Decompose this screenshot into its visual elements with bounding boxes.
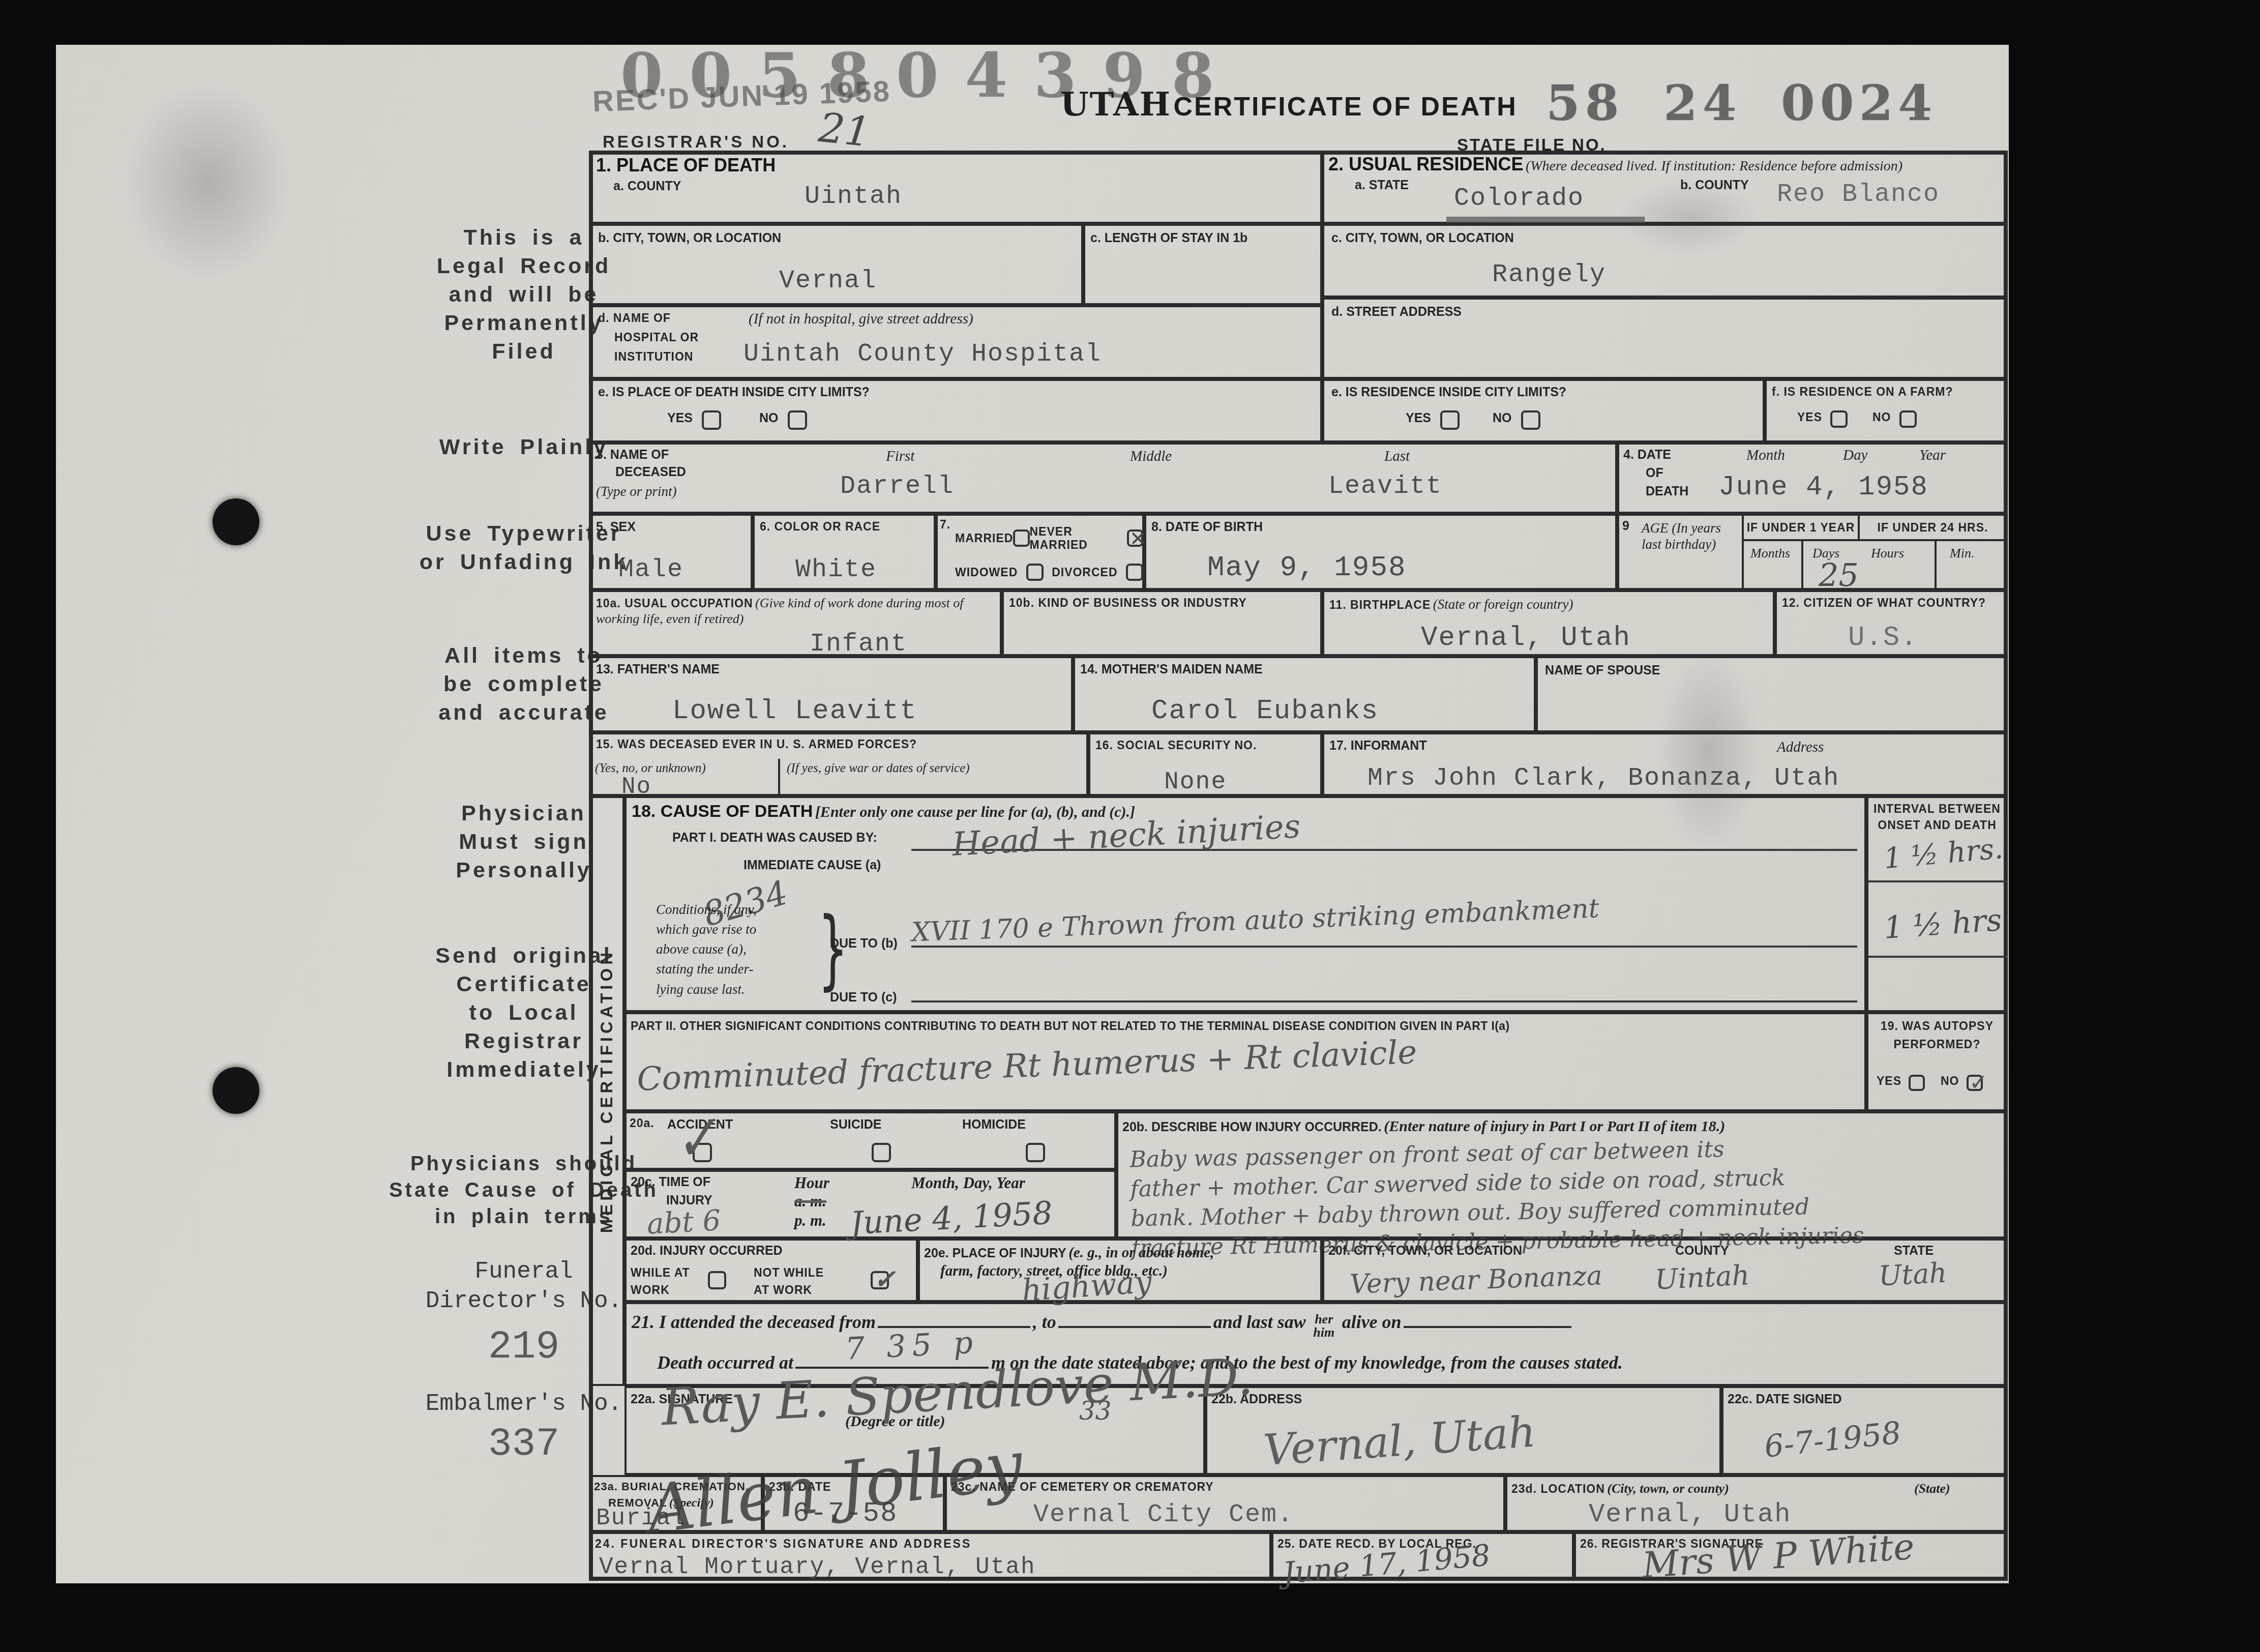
label-2e: e. IS RESIDENCE INSIDE CITY LIMITS? — [1331, 385, 1566, 399]
label-1b: b. CITY, TOWN, OR LOCATION — [598, 231, 781, 245]
yes-label: YES — [1797, 410, 1822, 424]
col-day: Day — [1843, 447, 1867, 464]
field-12-citizen: 12. CITIZEN OF WHAT COUNTRY? U.S. — [1775, 590, 2008, 656]
field-13-fathers-name: 13. FATHER'S NAME Lowell Leavitt — [589, 656, 1073, 732]
no-label: NO — [1872, 410, 1891, 424]
field-7-marital-status: 7. MARRIED NEVER MARRIED ✕ WIDOWED DIVOR… — [936, 514, 1144, 590]
field-20f-city-county-state: 20f. CITY, TOWN, OR LOCATION COUNTY STAT… — [1322, 1238, 2008, 1302]
field-10b-industry: 10b. KIND OF BUSINESS OR INDUSTRY — [1002, 590, 1322, 656]
col-month: Month — [1746, 447, 1785, 464]
yes-checkbox — [1909, 1075, 1925, 1091]
yes-checkbox — [1830, 410, 1848, 428]
value-14-mother: Carol Eubanks — [1151, 698, 1379, 725]
blank-to — [1058, 1318, 1211, 1328]
value-2a-state: Colorado — [1454, 186, 1584, 212]
field-10a-occupation: 10a. USUAL OCCUPATION (Give kind of work… — [589, 590, 1002, 656]
field-1b-city: b. CITY, TOWN, OR LOCATION Vernal — [589, 224, 1083, 305]
field-15-armed-forces: 15. WAS DECEASED EVER IN U. S. ARMED FOR… — [589, 732, 1088, 796]
homicide-checkbox — [1026, 1143, 1045, 1162]
title-utah: UTAH — [1060, 85, 1171, 124]
field-8-date-of-birth: 8. DATE OF BIRTH May 9, 1958 — [1144, 514, 1617, 590]
label-20f: 20f. CITY, TOWN, OR LOCATION — [1328, 1244, 1522, 1258]
label: IF UNDER 24 HRS. — [1878, 521, 1988, 534]
value-3-first: Darrell — [840, 474, 954, 499]
certificate-title: UTAH CERTIFICATE OF DEATH — [1060, 85, 1518, 124]
her: her — [1313, 1313, 1334, 1326]
value-12-citizen: U.S. — [1848, 625, 1918, 652]
field-22b-address: 22b. ADDRESS Vernal, Utah — [1205, 1386, 1721, 1475]
widowed-label: WIDOWED — [955, 566, 1018, 579]
value-20c-date: June 4, 1958 — [850, 1197, 1053, 1240]
field-22c-date-signed: 22c. DATE SIGNED 6-7-1958 — [1721, 1386, 2008, 1475]
label-3: DECEASED — [615, 465, 686, 479]
label-12: 12. CITIZEN OF WHAT COUNTRY? — [1782, 596, 2001, 609]
yes-label: YES — [1877, 1074, 1901, 1087]
field-2e-city-limits: e. IS RESIDENCE INSIDE CITY LIMITS? YES … — [1322, 379, 1765, 442]
not-while-at-work-label: NOT WHILE — [754, 1266, 824, 1279]
suicide-label: SUICIDE — [830, 1117, 881, 1132]
min-label: Min. — [1950, 545, 1974, 561]
certificate-paper: This is a Legal Record and will be Perma… — [56, 45, 2009, 1583]
part1-label: PART I. DEATH WAS CAUSED BY: — [672, 831, 877, 845]
divorced-checkbox — [1126, 564, 1143, 581]
value-10a-occupation: Infant — [810, 632, 907, 657]
label-20d: 20d. INJURY OCCURRED — [631, 1244, 783, 1258]
label-4: 4. DATE — [1623, 448, 1671, 462]
homicide-label: HOMICIDE — [962, 1117, 1026, 1132]
her-him-stack: her him — [1313, 1313, 1334, 1339]
label-4: DEATH — [1646, 484, 1688, 498]
field-18-cause-of-death: 18. CAUSE OF DEATH [Enter only one cause… — [625, 796, 1866, 1012]
hole-punch — [213, 498, 259, 545]
check-mark: ✓ — [1969, 1070, 1988, 1096]
label-6: 6. COLOR OR RACE — [760, 520, 880, 533]
col-year: Year — [1919, 447, 1946, 464]
value-20f-county: Uintah — [1654, 1261, 1750, 1294]
note-20b: (Enter nature of injury in Part I or Par… — [1384, 1118, 1725, 1135]
no-checkbox — [788, 410, 807, 430]
line: stating the under- — [656, 959, 814, 979]
yes-checkbox — [1440, 410, 1460, 430]
label-5: 5. SEX — [596, 520, 636, 534]
value-3-last: Leavitt — [1328, 474, 1442, 499]
state-file-no-value: 58 24 0024 — [1546, 74, 1937, 132]
value-17-informant: Mrs John Clark, Bonanza, Utah — [1367, 766, 1839, 791]
value-21-time: 7 35 p — [845, 1327, 980, 1365]
label-13: 13. FATHER'S NAME — [596, 662, 720, 676]
field-20c-time-of-injury: 20c. TIME OF INJURY Hour a. m. p. m. Mon… — [625, 1170, 1116, 1238]
value-6-race: White — [795, 557, 877, 583]
value-2b-county: Reo Blanco — [1777, 182, 1940, 208]
label-2f: f. IS RESIDENCE ON A FARM? — [1772, 385, 1953, 398]
field-20a-accident: 20a. ACCIDENT SUICIDE HOMICIDE ✓ — [625, 1111, 1116, 1170]
field-20e-place-of-injury: 20e. PLACE OF INJURY (e. g., in or about… — [918, 1238, 1322, 1302]
label-16: 16. SOCIAL SECURITY NO. — [1095, 739, 1257, 752]
note-11: (State or foreign country) — [1433, 597, 1573, 612]
scanned-death-certificate: This is a Legal Record and will be Perma… — [0, 0, 2260, 1652]
county-label: COUNTY — [1675, 1244, 1729, 1258]
text: Death occurred at — [657, 1352, 793, 1373]
yes-label: YES — [667, 411, 693, 425]
label-14: 14. MOTHER'S MAIDEN NAME — [1080, 662, 1263, 676]
pm-label: p. m. — [794, 1211, 826, 1231]
due-to-b-label: DUE TO (b) — [830, 936, 898, 951]
value-24-typed: Vernal Mortuary, Vernal, Utah — [599, 1555, 1036, 1579]
field-2ab-state-county: 2. USUAL RESIDENCE (Where deceased lived… — [1322, 151, 2008, 224]
part2-value: Comminuted fracture Rt humerus + Rt clav… — [636, 1036, 1417, 1096]
divider — [1868, 880, 2008, 882]
field-23c-cemetery: 23c. NAME OF CEMETERY OR CREMATORY Verna… — [945, 1475, 1505, 1532]
text: alive on — [1342, 1312, 1402, 1332]
value-13-father: Lowell Leavitt — [672, 698, 917, 725]
no-label: NO — [1941, 1074, 1959, 1087]
months-label: Months — [1750, 545, 1790, 561]
field-2f-farm: f. IS RESIDENCE ON A FARM? YES NO — [1765, 379, 2008, 442]
not-while-at-work-label: AT WORK — [754, 1283, 812, 1296]
divorced-label: DIVORCED — [1052, 566, 1117, 579]
field-14-mothers-maiden-name: 14. MOTHER'S MAIDEN NAME Carol Eubanks — [1073, 656, 1536, 732]
pencil-underline — [1446, 217, 1645, 223]
value-8-date-of-birth: May 9, 1958 — [1207, 553, 1407, 582]
divider — [1801, 541, 1803, 588]
value-23d: Vernal, Utah — [1589, 1501, 1791, 1528]
no-label: NO — [759, 411, 779, 425]
label-2d: d. STREET ADDRESS — [1331, 305, 1462, 319]
no-label: NO — [1493, 411, 1512, 425]
part2-label: PART II. OTHER SIGNIFICANT CONDITIONS CO… — [631, 1019, 1861, 1032]
divider — [1868, 956, 2008, 958]
field-9-age: 9 AGE (In years last birthday) IF UNDER … — [1617, 514, 2008, 590]
field-20b-describe-injury: 20b. DESCRIBE HOW INJURY OCCURRED. (Ente… — [1116, 1111, 2008, 1238]
note-20e: (e. g., in or about home, — [1068, 1245, 1214, 1261]
divider — [778, 759, 780, 794]
due-to-c-label: DUE TO (c) — [830, 990, 897, 1005]
divider — [1935, 541, 1937, 588]
blank-alive-on — [1404, 1318, 1571, 1328]
cause-c-line — [911, 1000, 1857, 1002]
value-1b-city: Vernal — [779, 269, 877, 294]
note-23d: (City, town, or county) — [1607, 1481, 1729, 1496]
check-mark: ✓ — [873, 1264, 896, 1295]
field-name-of-spouse: NAME OF SPOUSE — [1536, 656, 2008, 732]
label-1d: INSTITUTION — [614, 350, 693, 363]
cause-b-line — [911, 946, 1857, 948]
label-15: 15. WAS DECEASED EVER IN U. S. ARMED FOR… — [596, 737, 917, 751]
value-4-date-of-death: June 4, 1958 — [1718, 474, 1928, 501]
label-3: 3. NAME OF — [596, 448, 669, 462]
am-label: a. m. — [794, 1191, 826, 1212]
label-1d: d. NAME OF — [598, 311, 671, 324]
field-26-registrar-signature: 26. REGISTRAR'S SIGNATURE Mrs W P White — [1574, 1532, 2008, 1581]
under-1-year-header: IF UNDER 1 YEAR — [1744, 516, 1860, 541]
medical-certification-label: MEDICAL CERTIFICATION — [597, 949, 616, 1233]
him: him — [1313, 1326, 1334, 1339]
medical-certification-band: MEDICAL CERTIFICATION — [589, 796, 625, 1386]
title-certificate-of-death: CERTIFICATE OF DEATH — [1174, 92, 1518, 122]
conditions-note: Conditions, if any, which gave rise to a… — [656, 900, 814, 999]
label-1e: e. IS PLACE OF DEATH INSIDE CITY LIMITS? — [598, 385, 870, 399]
line: Conditions, if any, — [656, 900, 814, 920]
value-9-days: 25 — [1819, 559, 1859, 591]
value-20e: highway — [1021, 1266, 1152, 1306]
registrars-no-label: REGISTRAR'S NO. — [603, 132, 789, 152]
label-1c: c. LENGTH OF STAY IN 1b — [1090, 231, 1314, 245]
value-2c-city: Rangely — [1492, 262, 1606, 288]
never-married-checkbox: ✕ — [1127, 529, 1143, 547]
label-10a: 10a. USUAL OCCUPATION — [596, 597, 753, 610]
label-2a: a. STATE — [1355, 178, 1409, 192]
address-label: Address — [1777, 739, 1824, 756]
label-4: OF — [1646, 466, 1663, 480]
field-16-ssn: 16. SOCIAL SECURITY NO. None — [1088, 732, 1322, 796]
no-checkbox — [1521, 410, 1540, 430]
hole-punch — [213, 1067, 259, 1114]
attended-line: 21. I attended the deceased from , to an… — [632, 1310, 1571, 1339]
label: IF UNDER 1 YEAR — [1747, 521, 1855, 534]
label-17: 17. INFORMANT — [1329, 739, 1427, 753]
marital-row-2: WIDOWED DIVORCED — [955, 564, 1143, 581]
value-20f-city: Very near Bonanza — [1349, 1262, 1602, 1297]
field-19-autopsy: 19. WAS AUTOPSY PERFORMED? YES NO ✓ — [1866, 1012, 2008, 1111]
field-1c-length-of-stay: c. LENGTH OF STAY IN 1b — [1083, 224, 1322, 305]
section2-heading-note: (Where deceased lived. If institution: R… — [1526, 158, 1902, 174]
2f-options: YES NO — [1797, 410, 1917, 428]
label-8: 8. DATE OF BIRTH — [1151, 520, 1263, 534]
19-options: YES NO ✓ — [1877, 1074, 1983, 1091]
married-label: MARRIED — [955, 532, 1013, 545]
label-11: 11. BIRTHPLACE — [1329, 598, 1431, 611]
value-22c-date-signed: 6-7-1958 — [1763, 1418, 1902, 1462]
text: , to — [1033, 1312, 1056, 1332]
while-at-work-label: WHILE AT — [631, 1266, 690, 1279]
note-1d: (If not in hospital, give street address… — [749, 310, 973, 328]
interval-a-value: 1 ½ hrs. — [1883, 835, 2004, 873]
no-checkbox: ✓ — [1967, 1075, 1983, 1091]
2e-options: YES NO — [1406, 410, 1540, 430]
section1-heading: 1. PLACE OF DEATH — [596, 156, 776, 175]
widowed-checkbox — [1026, 564, 1044, 581]
label-22c: 22c. DATE SIGNED — [1728, 1392, 1842, 1406]
field-1a-county: 1. PLACE OF DEATH a. COUNTY Uintah — [589, 151, 1322, 224]
smudge — [117, 75, 300, 289]
col-middle: Middle — [1130, 448, 1172, 465]
marital-row-1: MARRIED NEVER MARRIED ✕ — [955, 525, 1143, 552]
not-while-at-work-checkbox: ✓ — [871, 1271, 889, 1289]
label-20a: 20a. — [630, 1116, 655, 1130]
label-9: 9 — [1622, 519, 1629, 533]
text: 21. I attended the deceased from — [632, 1312, 876, 1332]
line: above cause (a), — [656, 939, 814, 959]
value-11-birthplace: Vernal, Utah — [1421, 625, 1631, 652]
label-23d: 23d. LOCATION — [1511, 1482, 1605, 1495]
field-11-birthplace: 11. BIRTHPLACE (State or foreign country… — [1322, 590, 1775, 656]
col-first: First — [886, 448, 914, 465]
field-2d-street-address: d. STREET ADDRESS — [1322, 298, 2008, 379]
section2-heading: 2. USUAL RESIDENCE — [1328, 154, 1523, 174]
value-20c-hour: abt 6 — [646, 1206, 722, 1239]
col-last: Last — [1384, 448, 1410, 465]
field-1d-hospital: d. NAME OF HOSPITAL OR INSTITUTION (If n… — [589, 305, 1322, 379]
hours-label: Hours — [1871, 545, 1904, 561]
line: lying cause last. — [656, 980, 814, 999]
immediate-cause-label: IMMEDIATE CAUSE (a) — [744, 858, 881, 872]
no-checkbox — [1899, 410, 1917, 428]
value-20f-state: Utah — [1878, 1259, 1948, 1290]
accident-check-mark: ✓ — [666, 1102, 726, 1175]
under-24-hrs-header: IF UNDER 24 HRS. — [1860, 516, 2006, 541]
mdy-label: Month, Day, Year — [911, 1173, 1025, 1193]
label-1a: a. COUNTY — [613, 179, 681, 193]
value-5-sex: Male — [618, 557, 683, 583]
note-3: (Type or print) — [596, 483, 676, 499]
while-at-work-checkbox — [708, 1271, 726, 1289]
hour-label: Hour — [794, 1173, 829, 1193]
while-at-work-label: WORK — [631, 1283, 670, 1296]
label-19: 19. WAS AUTOPSY — [1868, 1019, 2006, 1032]
value-15: No — [621, 775, 651, 799]
field-3-name-of-deceased: 3. NAME OF DECEASED (Type or print) Firs… — [589, 442, 1617, 514]
field-part2: PART II. OTHER SIGNIFICANT CONDITIONS CO… — [625, 1012, 1866, 1111]
state-label: STATE — [1894, 1244, 1934, 1258]
field-6-color-or-race: 6. COLOR OR RACE White — [753, 514, 936, 590]
value-18b: XVII 170 e Thrown from auto striking emb… — [911, 895, 1600, 946]
field-25-date-received: 25. DATE RECD. BY LOCAL REG. June 17, 19… — [1271, 1532, 1574, 1581]
interval-label: INTERVAL BETWEEN — [1868, 802, 2006, 815]
field-17-informant: 17. INFORMANT Address Mrs John Clark, Bo… — [1322, 732, 2008, 796]
never-married-label: NEVER MARRIED — [1030, 525, 1127, 552]
interval-b-value: 1 ½ hrs — [1883, 905, 2003, 943]
label-19: PERFORMED? — [1868, 1038, 2006, 1051]
field-1e-city-limits: e. IS PLACE OF DEATH INSIDE CITY LIMITS?… — [589, 379, 1322, 442]
label-1d: HOSPITAL OR — [614, 331, 699, 344]
label-18: 18. CAUSE OF DEATH — [632, 802, 813, 821]
label-2b: b. COUNTY — [1680, 178, 1749, 192]
value-23c: Vernal City Cem. — [1033, 1502, 1294, 1528]
value-22b-address: Vernal, Utah — [1262, 1410, 1537, 1471]
label-20b: 20b. DESCRIBE HOW INJURY OCCURRED. — [1122, 1120, 1382, 1134]
interval-label: ONSET AND DEATH — [1868, 818, 2006, 832]
field-5-sex: 5. SEX Male — [589, 514, 753, 590]
label-20c: 20c. TIME OF — [631, 1175, 710, 1189]
field-4-date-of-death: 4. DATE OF DEATH Month Day Year June 4, … — [1617, 442, 2008, 514]
label-10b: 10b. KIND OF BUSINESS OR INDUSTRY — [1009, 596, 1314, 609]
text: and last saw — [1213, 1312, 1306, 1332]
yes-label: YES — [1406, 411, 1431, 425]
value-16-ssn: None — [1164, 770, 1227, 794]
note-15-2: (If yes, give war or dates of service) — [787, 761, 970, 776]
yes-checkbox — [702, 410, 721, 430]
value-1d-hospital: Uintah County Hospital — [744, 342, 1102, 367]
state-note-23d: (State) — [1914, 1480, 1950, 1497]
age-note: AGE (In years last birthday) — [1642, 520, 1743, 553]
label-20e: 20e. PLACE OF INJURY — [924, 1246, 1066, 1260]
line: which gave rise to — [656, 920, 814, 939]
suicide-checkbox — [872, 1143, 891, 1162]
label-spouse: NAME OF SPOUSE — [1545, 663, 1660, 677]
field-23d-location: 23d. LOCATION (City, town, or county) (S… — [1505, 1475, 2008, 1532]
married-checkbox — [1013, 529, 1029, 547]
field-20d-injury-occurred: 20d. INJURY OCCURRED WHILE AT WORK NOT W… — [625, 1238, 918, 1302]
note-18: [Enter only one cause per line for (a), … — [815, 804, 1135, 820]
value-1a-county: Uintah — [805, 184, 902, 210]
field-2c-city: c. CITY, TOWN, OR LOCATION Rangely — [1322, 224, 2008, 298]
1e-options: YES NO — [667, 410, 807, 430]
registrars-no-value: 21 — [817, 107, 873, 153]
field-interval: INTERVAL BETWEEN ONSET AND DEATH 1 ½ hrs… — [1866, 796, 2008, 1012]
label-2c: c. CITY, TOWN, OR LOCATION — [1331, 231, 1514, 245]
